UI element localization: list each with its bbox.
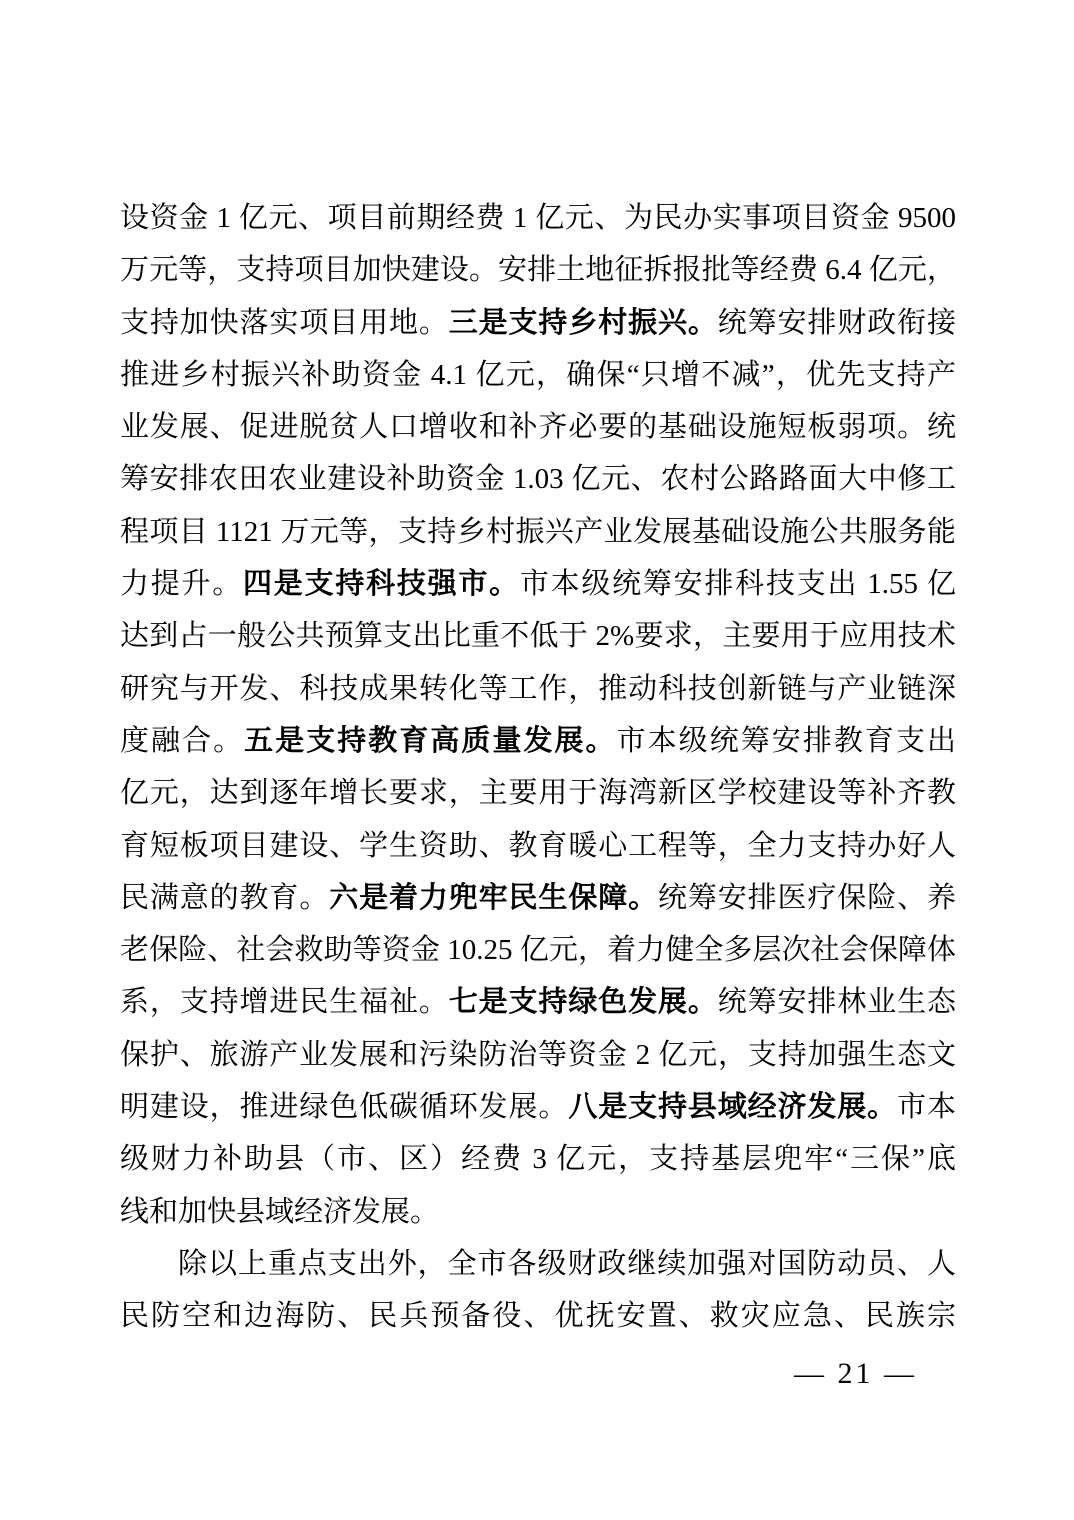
- text-segment: 线和加快县域经济发展。: [120, 1196, 439, 1228]
- text-line: 育短板项目建设、学生资助、教育暖心工程等，全力支持办好人: [120, 820, 956, 872]
- text-segment: 推进乡村振兴补助资金 4.1 亿元，确保“只增不减”，优先支持产: [120, 359, 956, 391]
- text-segment: 达到占一般公共预算支出比重不低于 2%要求，主要用于应用技术: [120, 620, 956, 652]
- bold-text-segment: 六是着力兜牢民生保障。: [329, 882, 658, 914]
- text-segment: 度融合。: [120, 725, 244, 757]
- text-segment: 力提升。: [120, 568, 243, 600]
- document-body: 设资金 1 亿元、项目前期经费 1 亿元、为民办实事项目资金 9500万元等，支…: [120, 192, 956, 1343]
- text-line: 研究与开发、科技成果转化等工作，推动科技创新链与产业链深: [120, 663, 956, 715]
- bold-text-segment: 七是支持绿色发展。: [449, 986, 718, 1018]
- text-segment: 除以上重点支出外，全市各级财政继续加强对国防动员、人: [178, 1248, 956, 1280]
- text-segment: 民满意的教育。: [120, 882, 329, 914]
- text-segment: 明建设，推进绿色低碳循环发展。: [120, 1091, 568, 1123]
- bold-text-segment: 四是支持科技强市。: [243, 568, 520, 600]
- text-line: 除以上重点支出外，全市各级财政继续加强对国防动员、人: [120, 1238, 956, 1290]
- text-segment: 万元等，支持项目加快建设。安排土地征拆报批等经费 6.4 亿元，: [120, 254, 956, 286]
- text-line: 民满意的教育。六是着力兜牢民生保障。统筹安排医疗保险、养: [120, 872, 956, 924]
- text-line: 业发展、促进脱贫人口增收和补齐必要的基础设施短板弱项。统: [120, 401, 956, 453]
- text-line: 达到占一般公共预算支出比重不低于 2%要求，主要用于应用技术: [120, 610, 956, 662]
- text-segment: 研究与开发、科技成果转化等工作，推动科技创新链与产业链深: [120, 673, 956, 705]
- text-line: 设资金 1 亿元、项目前期经费 1 亿元、为民办实事项目资金 9500: [120, 192, 956, 244]
- text-line: 老保险、社会救助等资金 10.25 亿元，着力健全多层次社会保障体: [120, 924, 956, 976]
- text-segment: 支持加快落实项目用地。: [120, 307, 449, 339]
- text-line: 系，支持增进民生福祉。七是支持绿色发展。统筹安排林业生态: [120, 976, 956, 1028]
- text-line: 民防空和边海防、民兵预备役、优抚安置、救灾应急、民族宗教、: [120, 1290, 956, 1342]
- text-segment: 筹安排农田农业建设补助资金 1.03 亿元、农村公路路面大中修工: [120, 463, 956, 495]
- text-segment: 统筹安排医疗保险、养: [658, 882, 956, 914]
- text-line: 万元等，支持项目加快建设。安排土地征拆报批等经费 6.4 亿元，: [120, 244, 956, 296]
- text-segment: 系，支持增进民生福祉。: [120, 986, 449, 1018]
- text-line: 程项目 1121 万元等，支持乡村振兴产业发展基础设施公共服务能: [120, 506, 956, 558]
- text-segment: 民防空和边海防、民兵预备役、优抚安置、救灾应急、民族宗教、: [120, 1300, 956, 1342]
- text-segment: 级财力补助县（市、区）经费 3 亿元，支持基层兜牢“三保”底: [120, 1143, 956, 1175]
- document-page: 设资金 1 亿元、项目前期经费 1 亿元、为民办实事项目资金 9500万元等，支…: [0, 0, 1074, 1520]
- bold-text-segment: 五是支持教育高质量发展。: [244, 725, 616, 757]
- text-line: 亿元，达到逐年增长要求，主要用于海湾新区学校建设等补齐教: [120, 767, 956, 819]
- text-line: 度融合。五是支持教育高质量发展。市本级统筹安排教育支出 4.63: [120, 715, 956, 767]
- text-line: 明建设，推进绿色低碳循环发展。八是支持县域经济发展。市本: [120, 1081, 956, 1133]
- text-segment: 业发展、促进脱贫人口增收和补齐必要的基础设施短板弱项。统: [120, 411, 956, 443]
- text-segment: 统筹安排林业生态: [718, 986, 956, 1018]
- text-segment: 亿元，达到逐年增长要求，主要用于海湾新区学校建设等补齐教: [120, 777, 956, 809]
- text-segment: 保护、旅游产业发展和污染防治等资金 2 亿元，支持加强生态文: [120, 1039, 956, 1071]
- text-segment: 市本: [897, 1091, 956, 1123]
- text-segment: 育短板项目建设、学生资助、教育暖心工程等，全力支持办好人: [120, 830, 956, 862]
- text-segment: 程项目 1121 万元等，支持乡村振兴产业发展基础设施公共服务能: [120, 516, 956, 548]
- text-line: 级财力补助县（市、区）经费 3 亿元，支持基层兜牢“三保”底: [120, 1133, 956, 1185]
- text-line: 推进乡村振兴补助资金 4.1 亿元，确保“只增不减”，优先支持产: [120, 349, 956, 401]
- text-line: 支持加快落实项目用地。三是支持乡村振兴。统筹安排财政衔接: [120, 297, 956, 349]
- bold-text-segment: 八是支持县域经济发展。: [568, 1091, 897, 1123]
- text-segment: 老保险、社会救助等资金 10.25 亿元，着力健全多层次社会保障体: [120, 934, 956, 966]
- page-number: — 21 —: [794, 1352, 917, 1396]
- bold-text-segment: 三是支持乡村振兴。: [449, 307, 718, 339]
- text-segment: 设资金 1 亿元、项目前期经费 1 亿元、为民办实事项目资金 9500: [120, 202, 956, 234]
- text-line: 保护、旅游产业发展和污染防治等资金 2 亿元，支持加强生态文: [120, 1029, 956, 1081]
- text-line: 筹安排农田农业建设补助资金 1.03 亿元、农村公路路面大中修工: [120, 453, 956, 505]
- text-segment: 统筹安排财政衔接: [718, 307, 956, 339]
- text-line: 力提升。四是支持科技强市。市本级统筹安排科技支出 1.55 亿元，: [120, 558, 956, 610]
- text-line: 线和加快县域经济发展。: [120, 1186, 956, 1238]
